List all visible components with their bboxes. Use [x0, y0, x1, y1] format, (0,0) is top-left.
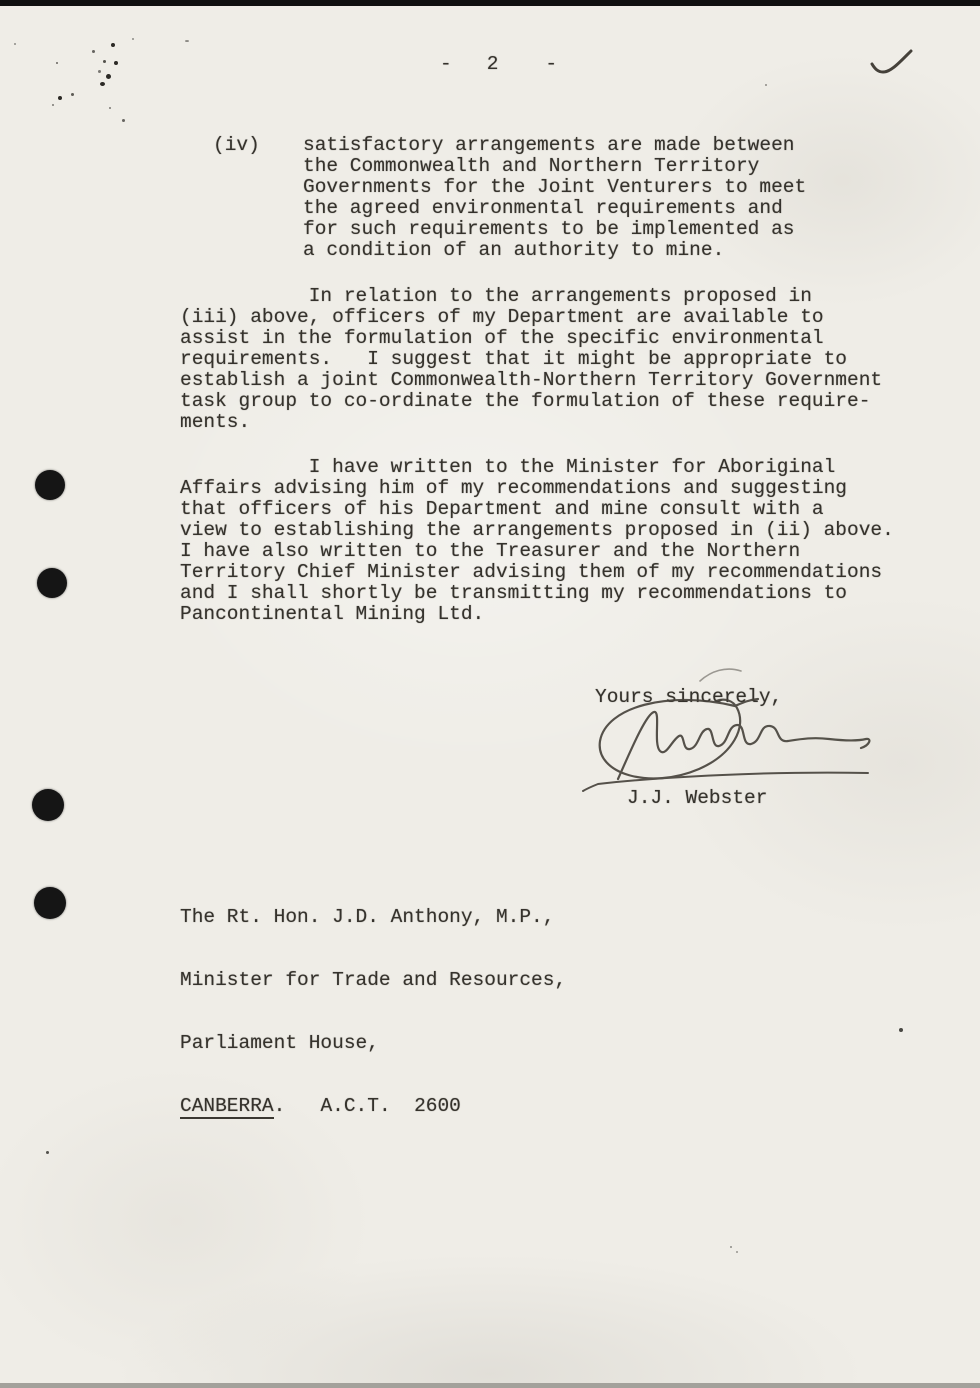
speckle-mark — [899, 1028, 903, 1032]
punch-hole — [35, 470, 65, 500]
signatory-name: J.J. Webster — [627, 788, 767, 809]
speckle-mark — [52, 104, 54, 106]
speckle-mark — [736, 1251, 738, 1253]
speckle-mark — [71, 93, 74, 96]
speckle-mark — [132, 38, 134, 40]
speckle-mark — [98, 70, 101, 73]
speckle-mark — [122, 119, 125, 122]
recipient-title: Minister for Trade and Resources, — [180, 970, 566, 991]
speckle-mark — [103, 60, 106, 63]
list-item-iv-label: (iv) — [213, 135, 260, 156]
scan-bottom-edge — [0, 1383, 980, 1388]
speckle-mark — [114, 61, 118, 65]
paragraph-correspondence: I have written to the Minister for Abori… — [180, 457, 894, 625]
speckle-mark — [111, 43, 115, 47]
page-number: - 2 - — [440, 54, 557, 75]
list-item-iv-text: satisfactory arrangements are made betwe… — [303, 135, 806, 261]
handwritten-checkmark — [872, 51, 911, 72]
speckle-mark — [92, 50, 95, 53]
letter-page: - 2 - (iv) satisfactory arrangements are… — [0, 0, 980, 1388]
speckle-mark — [46, 1151, 49, 1154]
speckle-mark — [56, 62, 58, 64]
speckle-mark — [185, 40, 189, 42]
punch-hole — [34, 887, 66, 919]
scan-top-edge — [0, 0, 980, 6]
speckle-mark — [730, 1246, 732, 1248]
recipient-city: CANBERRA — [180, 1095, 274, 1119]
speckle-mark — [100, 82, 105, 86]
valediction: Yours sincerely, — [595, 687, 782, 708]
speckle-mark — [14, 43, 16, 45]
recipient-address-line: Parliament House, — [180, 1033, 566, 1054]
paragraph-coordination: In relation to the arrangements proposed… — [180, 286, 882, 433]
speckle-mark — [109, 107, 111, 109]
recipient-postcode: 2600 — [414, 1095, 461, 1117]
recipient-city-separator: . — [274, 1095, 321, 1117]
speckle-mark — [106, 74, 111, 79]
speckle-mark — [765, 84, 767, 86]
recipient-city-line: CANBERRA. A.C.T. 2600 — [180, 1096, 566, 1117]
recipient-address-block: The Rt. Hon. J.D. Anthony, M.P., Ministe… — [180, 865, 566, 1159]
punch-hole — [37, 568, 67, 598]
recipient-state-separator — [391, 1095, 414, 1117]
speckle-mark — [58, 96, 62, 100]
recipient-name: The Rt. Hon. J.D. Anthony, M.P., — [180, 907, 566, 928]
recipient-state: A.C.T. — [320, 1095, 390, 1117]
punch-hole — [32, 789, 64, 821]
